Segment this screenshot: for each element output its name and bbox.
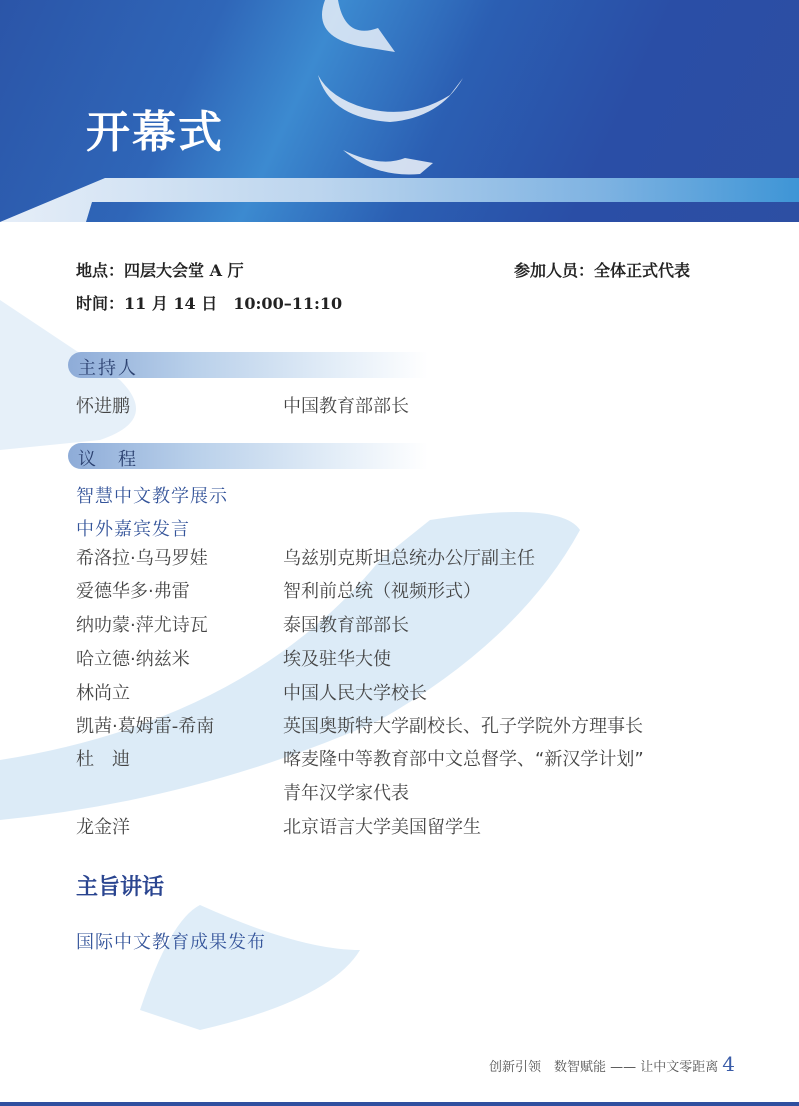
location-value: 四层大会堂 A 厅	[124, 261, 244, 280]
speaker-role: 英国奥斯特大学副校长、孔子学院外方理事长	[283, 712, 643, 742]
speaker-name: 希洛拉·乌马罗娃	[76, 544, 208, 574]
agenda-section-header: 议 程	[68, 443, 428, 469]
speaker-name: 凯茜·葛姆雷-希南	[76, 712, 214, 742]
footer-bar	[0, 1102, 799, 1106]
speaker-role: 智利前总统（视频形式）	[283, 577, 481, 607]
attendees-label: 参加人员：	[514, 261, 594, 280]
host-section-label: 主持人	[78, 354, 138, 380]
speaker-name: 林尚立	[76, 679, 130, 709]
speaker-role: 北京语言大学美国留学生	[283, 813, 481, 843]
agenda-item: 智慧中文教学展示	[76, 482, 228, 508]
host-name: 怀进鹏	[76, 392, 130, 422]
header-banner: 开幕式	[0, 0, 799, 222]
time-info: 时间：11 月 14 日 10:00–11:10	[76, 291, 342, 314]
speaker-role: 青年汉学家代表	[283, 779, 409, 809]
speaker-name: 哈立德·纳兹米	[76, 645, 190, 675]
host-role: 中国教育部部长	[283, 392, 409, 422]
speaker-role: 泰国教育部部长	[283, 611, 409, 641]
speaker-name: 爱德华多·弗雷	[76, 577, 190, 607]
host-section-header: 主持人	[68, 352, 428, 378]
speaker-role: 中国人民大学校长	[283, 679, 427, 709]
keynote-heading: 主旨讲话	[76, 870, 164, 901]
agenda-item: 中外嘉宾发言	[76, 515, 190, 541]
attendees-value: 全体正式代表	[594, 261, 690, 280]
speaker-name: 杜 迪	[76, 745, 130, 775]
keynote-item: 国际中文教育成果发布	[76, 928, 266, 954]
speaker-role: 埃及驻华大使	[283, 645, 391, 675]
speaker-name: 龙金洋	[76, 813, 130, 843]
speaker-role: 喀麦隆中等教育部中文总督学、“新汉学计划”	[283, 745, 644, 775]
agenda-section-label: 议 程	[78, 445, 138, 471]
speaker-role: 乌兹别克斯坦总统办公厅副主任	[283, 544, 535, 574]
footer-slogan: 创新引领 数智赋能 —— 让中文零距离	[489, 1060, 718, 1075]
time-value: 11 月 14 日 10:00–11:10	[124, 294, 342, 313]
page-number: 4	[722, 1052, 735, 1076]
time-label: 时间：	[76, 294, 124, 313]
page-title: 开幕式	[86, 96, 224, 160]
location-label: 地点：	[76, 261, 124, 280]
footer: 创新引领 数智赋能 —— 让中文零距离4	[489, 1052, 735, 1076]
location-info: 地点：四层大会堂 A 厅	[76, 258, 244, 281]
attendees-info: 参加人员：全体正式代表	[514, 258, 690, 281]
speaker-name: 纳叻蒙·萍尤诗瓦	[76, 611, 208, 641]
